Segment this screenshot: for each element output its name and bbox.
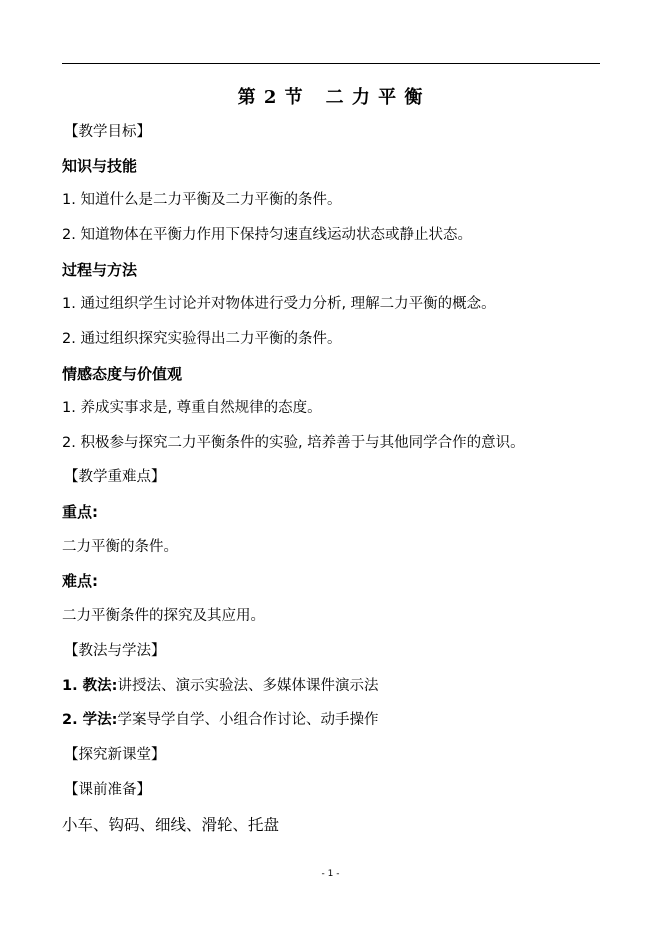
teaching-method-label: 1. 教法: [62,678,117,694]
learning-method-label: 2. 学法: [62,712,117,728]
emotion-values-item-1: 1. 养成实事求是, 尊重自然规律的态度。 [62,398,322,418]
process-methods-item-2: 2. 通过组织探究实验得出二力平衡的条件。 [62,329,341,349]
knowledge-skills-item-1: 1. 知道什么是二力平衡及二力平衡的条件。 [62,190,341,210]
title-section-number: 第 2 节 [238,87,304,108]
preparation-header: 【课前准备】 [64,780,151,800]
teaching-method-line: 1. 教法:讲授法、演示实验法、多媒体课件演示法 [62,676,378,696]
methods-header: 【教法与学法】 [64,641,166,661]
key-point-text: 二力平衡的条件。 [62,537,178,557]
new-class-header: 【探究新课堂】 [64,745,166,765]
title-topic: 二 力 平 衡 [326,87,424,108]
knowledge-skills-item-2: 2. 知道物体在平衡力作用下保持匀速直线运动状态或静止状态。 [62,225,472,245]
difficult-point-text: 二力平衡条件的探究及其应用。 [62,606,265,626]
emotion-values-item-2: 2. 积极参与探究二力平衡条件的实验, 培养善于与其他同学合作的意识。 [62,433,525,453]
knowledge-skills-heading: 知识与技能 [62,156,137,176]
emotion-values-heading: 情感态度与价值观 [62,364,182,384]
teaching-goals-header: 【教学目标】 [64,122,151,142]
key-difficult-header: 【教学重难点】 [64,467,166,487]
difficult-point-label: 难点: [62,571,98,591]
process-methods-heading: 过程与方法 [62,260,137,280]
key-point-label: 重点: [62,502,98,522]
page-number: - 1 - [0,868,661,880]
teaching-method-text: 讲授法、演示实验法、多媒体课件演示法 [117,678,378,694]
learning-method-text: 学案导学自学、小组合作讨论、动手操作 [117,712,378,728]
header-rule [62,63,600,64]
page-title: 第 2 节二 力 平 衡 [0,86,661,110]
process-methods-item-1: 1. 通过组织学生讨论并对物体进行受力分析, 理解二力平衡的概念。 [62,294,496,314]
materials-list: 小车、钩码、细线、滑轮、托盘 [62,815,279,835]
learning-method-line: 2. 学法:学案导学自学、小组合作讨论、动手操作 [62,710,378,730]
